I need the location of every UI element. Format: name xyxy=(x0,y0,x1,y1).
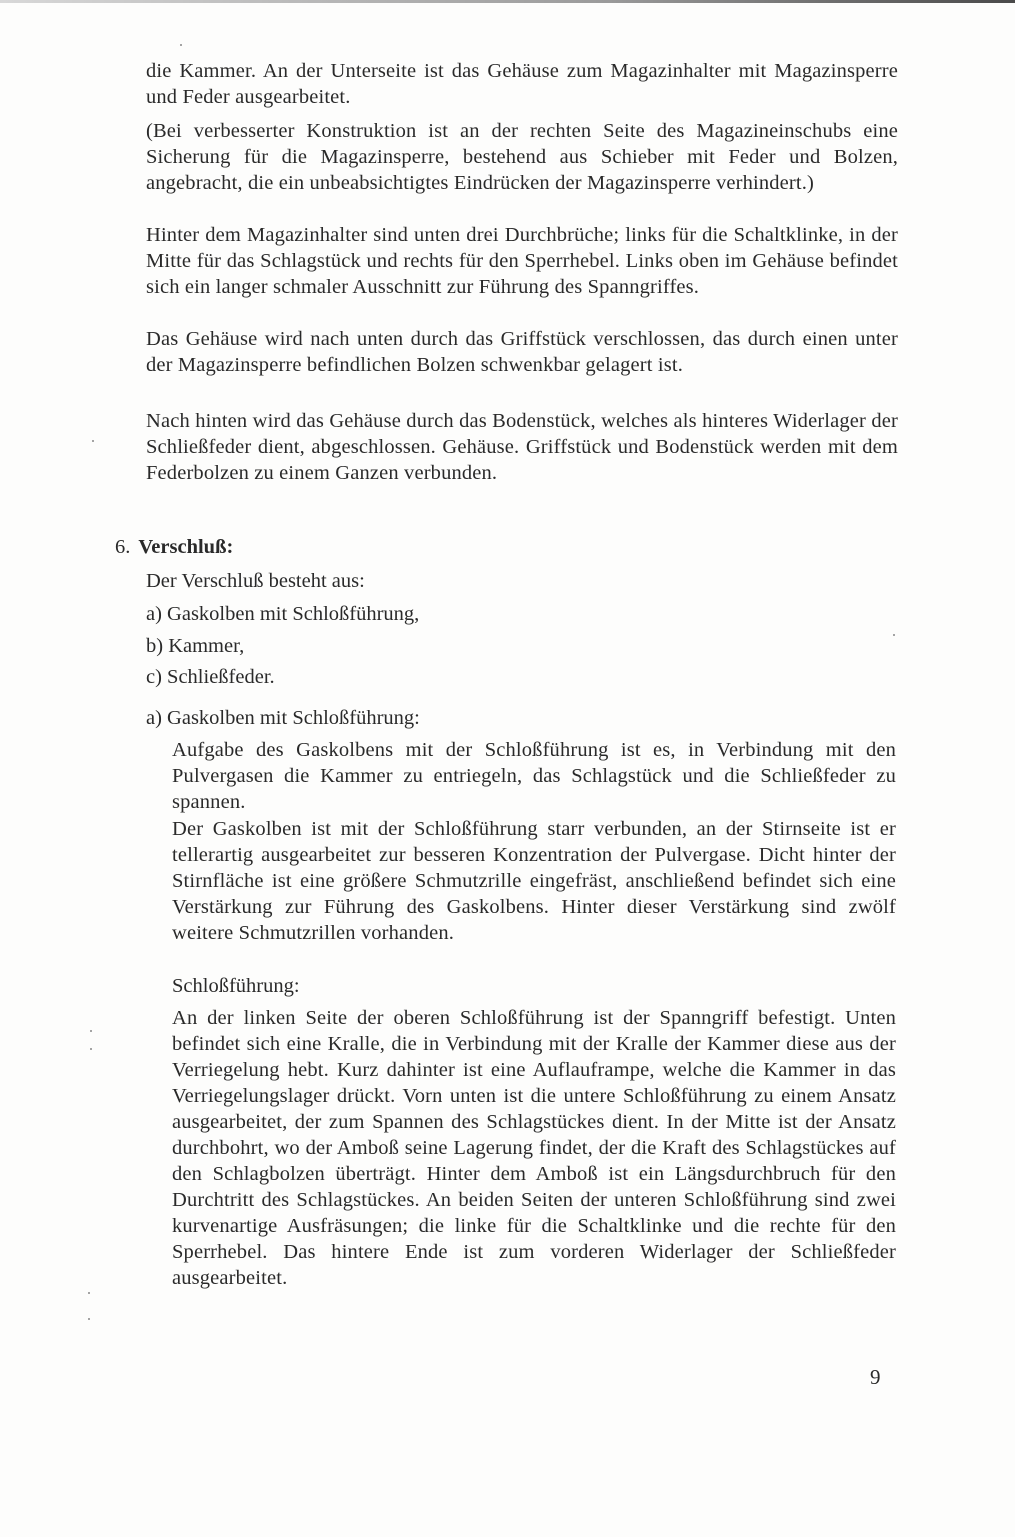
scan-speck xyxy=(90,1048,92,1050)
paragraph-schlossfuehrung: An der linken Seite der oberen Schloßfüh… xyxy=(172,1005,896,1291)
page-number: 9 xyxy=(870,1364,881,1390)
paragraph-aufgabe-gaskolben: Aufgabe des Gaskolbens mit der Schloßfüh… xyxy=(172,737,896,815)
section-title: Verschluß: xyxy=(138,536,233,558)
list-item: a) Gaskolben mit Schloßführung, xyxy=(146,601,419,627)
section-number: 6. xyxy=(115,536,130,558)
section-intro: Der Verschluß besteht aus: xyxy=(146,568,365,594)
scan-speck xyxy=(88,1318,90,1320)
section-heading: 6.Verschluß: xyxy=(115,534,233,560)
paragraph-gehaeuse-unterseite: die Kammer. An der Unterseite ist das Ge… xyxy=(146,58,898,110)
scan-speck xyxy=(92,440,94,442)
scan-speck xyxy=(90,1030,92,1032)
subsection-title-gaskolben: a) Gaskolben mit Schloßführung: xyxy=(146,705,420,731)
scan-speck xyxy=(88,1292,90,1294)
paragraph-griffstueck: Das Gehäuse wird nach unten durch das Gr… xyxy=(146,326,898,378)
scan-speck xyxy=(893,634,895,636)
paragraph-gaskolben-aufbau: Der Gaskolben ist mit der Schloßführung … xyxy=(172,816,896,946)
list-item: c) Schließfeder. xyxy=(146,664,275,690)
paragraph-bodenstueck: Nach hinten wird das Gehäuse durch das B… xyxy=(146,408,898,486)
subsection-title-schlossfuehrung: Schloßführung: xyxy=(172,973,300,999)
paragraph-durchbrueche: Hinter dem Magazinhalter sind unten drei… xyxy=(146,222,898,300)
paragraph-verbesserte-konstruktion: (Bei verbesserter Konstruktion ist an de… xyxy=(146,118,898,196)
scan-speck xyxy=(180,44,182,46)
list-item: b) Kammer, xyxy=(146,633,244,659)
document-page: die Kammer. An der Unterseite ist das Ge… xyxy=(0,0,1015,1537)
